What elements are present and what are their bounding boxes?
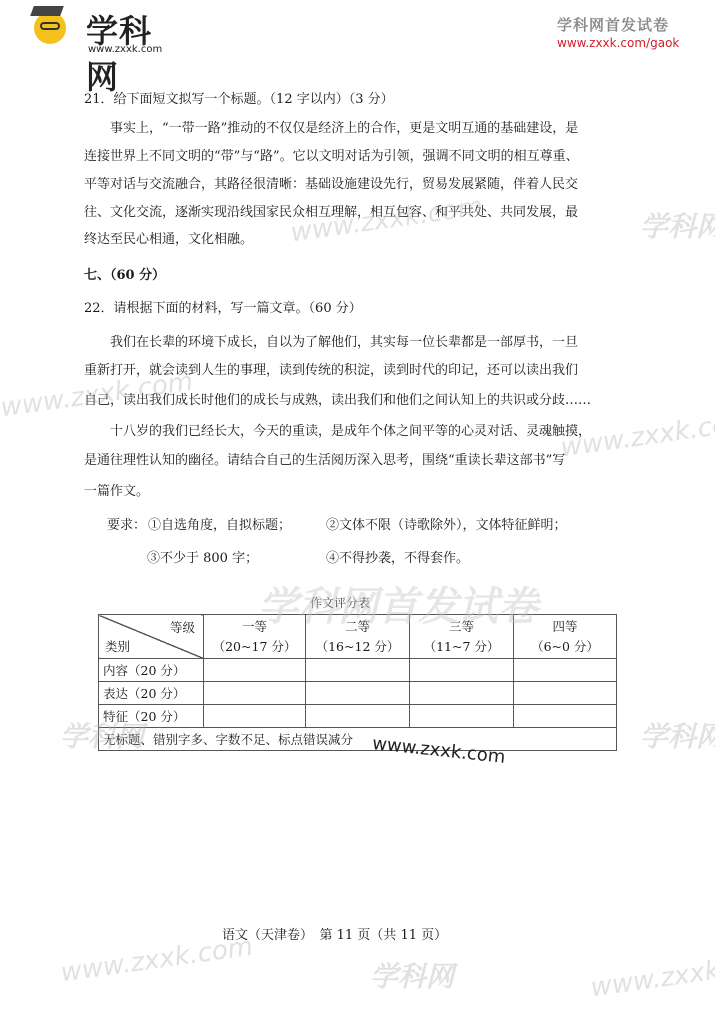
q22-passage-line: 十八岁的我们已经长大，今天的重读，是成年个体之间平等的心灵对话、灵魂触摸， [110,424,670,440]
q21-prompt: 21．给下面短文拟写一个标题。（12 字以内）（3 分） [84,92,644,108]
requirement-item: ②文体不限（诗歌除外），文体特征鲜明； [326,518,567,534]
requirement-item: ①自选角度，自拟标题； [148,518,291,534]
score-cell [514,705,617,728]
grade-header: 一等 （20~17 分） [204,615,306,659]
score-cell [410,705,514,728]
category-cell: 特征（20 分） [99,705,204,728]
grade-header: 二等 （16~12 分） [306,615,410,659]
score-cell [204,682,306,705]
grade-header: 三等 （11~7 分） [410,615,514,659]
grade-name: 三等 [414,617,509,637]
logo-url-text: www.zxxk.com [88,44,162,55]
table-row: 表达（20 分） [99,682,617,705]
grade-name: 四等 [518,617,612,637]
score-cell [514,682,617,705]
grade-range: （20~17 分） [208,637,301,657]
q21-passage-line: 事实上，“一带一路”推动的不仅仅是经济上的合作，更是文明互通的基础建设，是 [110,121,670,137]
score-table: 等级 类别 一等 （20~17 分） 二等 （16~12 分） 三等 （11~7… [98,614,617,751]
category-cell: 内容（20 分） [99,659,204,682]
score-cell [204,659,306,682]
q21-passage-line: 往、文化交流，逐渐实现沿线国家民众相互理解，相互包容、和平共处、共同发展，最 [84,205,644,221]
section-heading: 七、（60 分） [84,268,644,284]
header-right-url: www.zxxk.com/gaok [557,36,715,50]
score-cell [514,659,617,682]
grade-range: （6~0 分） [518,637,612,657]
corner-top-label: 等级 [170,618,195,636]
grade-range: （11~7 分） [414,637,509,657]
watermark-brand: 学科网 [640,205,715,245]
watermark-brand: 学科网 [640,715,715,755]
q21-passage-line: 终达至民心相通，文化相融。 [84,232,644,248]
grade-name: 一等 [208,617,301,637]
q21-passage-line: 连接世界上不同文明的“带”与“路”。它以文明对话为引领，强调不同文明的相互尊重、 [84,149,644,165]
q22-passage-line: 重新打开，就会读到人生的事理，读到传统的积淀，读到时代的印记，还可以读出我们 [84,363,644,379]
header-right-title: 学科网首发试卷 [557,14,715,35]
category-cell: 表达（20 分） [99,682,204,705]
watermark-site: www.zxxk.com [589,947,715,1004]
grade-range: （16~12 分） [310,637,405,657]
score-cell [410,682,514,705]
score-cell [410,659,514,682]
score-cell [306,682,410,705]
grade-header: 四等 （6~0 分） [514,615,617,659]
corner-bottom-label: 类别 [105,637,130,655]
table-row: 特征（20 分） [99,705,617,728]
watermark-brand: 学科网 [370,955,454,995]
table-header-row: 等级 类别 一等 （20~17 分） 二等 （16~12 分） 三等 （11~7… [99,615,617,659]
zxxk-logo: 学科网 www.zxxk.com [30,4,180,56]
score-cell [204,705,306,728]
graduation-cap-icon [30,6,64,16]
requirement-item: ③不少于 800 字； [147,551,258,567]
q22-passage-line: 自己，读出我们成长时他们的成长与成熟，读出我们和他们之间认知上的共识或分歧…… [84,393,644,409]
requirements-label: 要求： [107,518,146,534]
score-cell [306,659,410,682]
table-note-row: 无标题、错别字多、字数不足、标点错误减分 [99,728,617,751]
q22-passage-line: 一篇作文。 [84,484,644,500]
header-right-banner: 学科网首发试卷 www.zxxk.com/gaok [557,14,715,50]
q22-passage-line: 我们在长辈的环境下成长，自以为了解他们，其实每一位长辈都是一部厚书，一旦 [110,335,670,351]
table-caption: 作文评分表 [310,594,370,611]
q22-prompt: 22．请根据下面的材料，写一篇文章。（60 分） [84,301,644,317]
requirement-item: ④不得抄袭，不得套作。 [326,551,469,567]
mascot-icon [34,12,66,44]
score-cell [306,705,410,728]
corner-cell: 等级 类别 [99,615,204,659]
page-footer: 语文（天津卷） 第 11 页（共 11 页） [222,924,447,943]
deduction-note: 无标题、错别字多、字数不足、标点错误减分 [99,728,617,751]
grade-name: 二等 [310,617,405,637]
q22-passage-line: 是通往理性认知的幽径。请结合自己的生活阅历深入思考，围绕“重读长辈这部书”写 [84,453,644,469]
table-row: 内容（20 分） [99,659,617,682]
q21-passage-line: 平等对话与交流融合，其路径很清晰：基础设施建设先行，贸易发展紧随，伴着人民交 [84,177,644,193]
